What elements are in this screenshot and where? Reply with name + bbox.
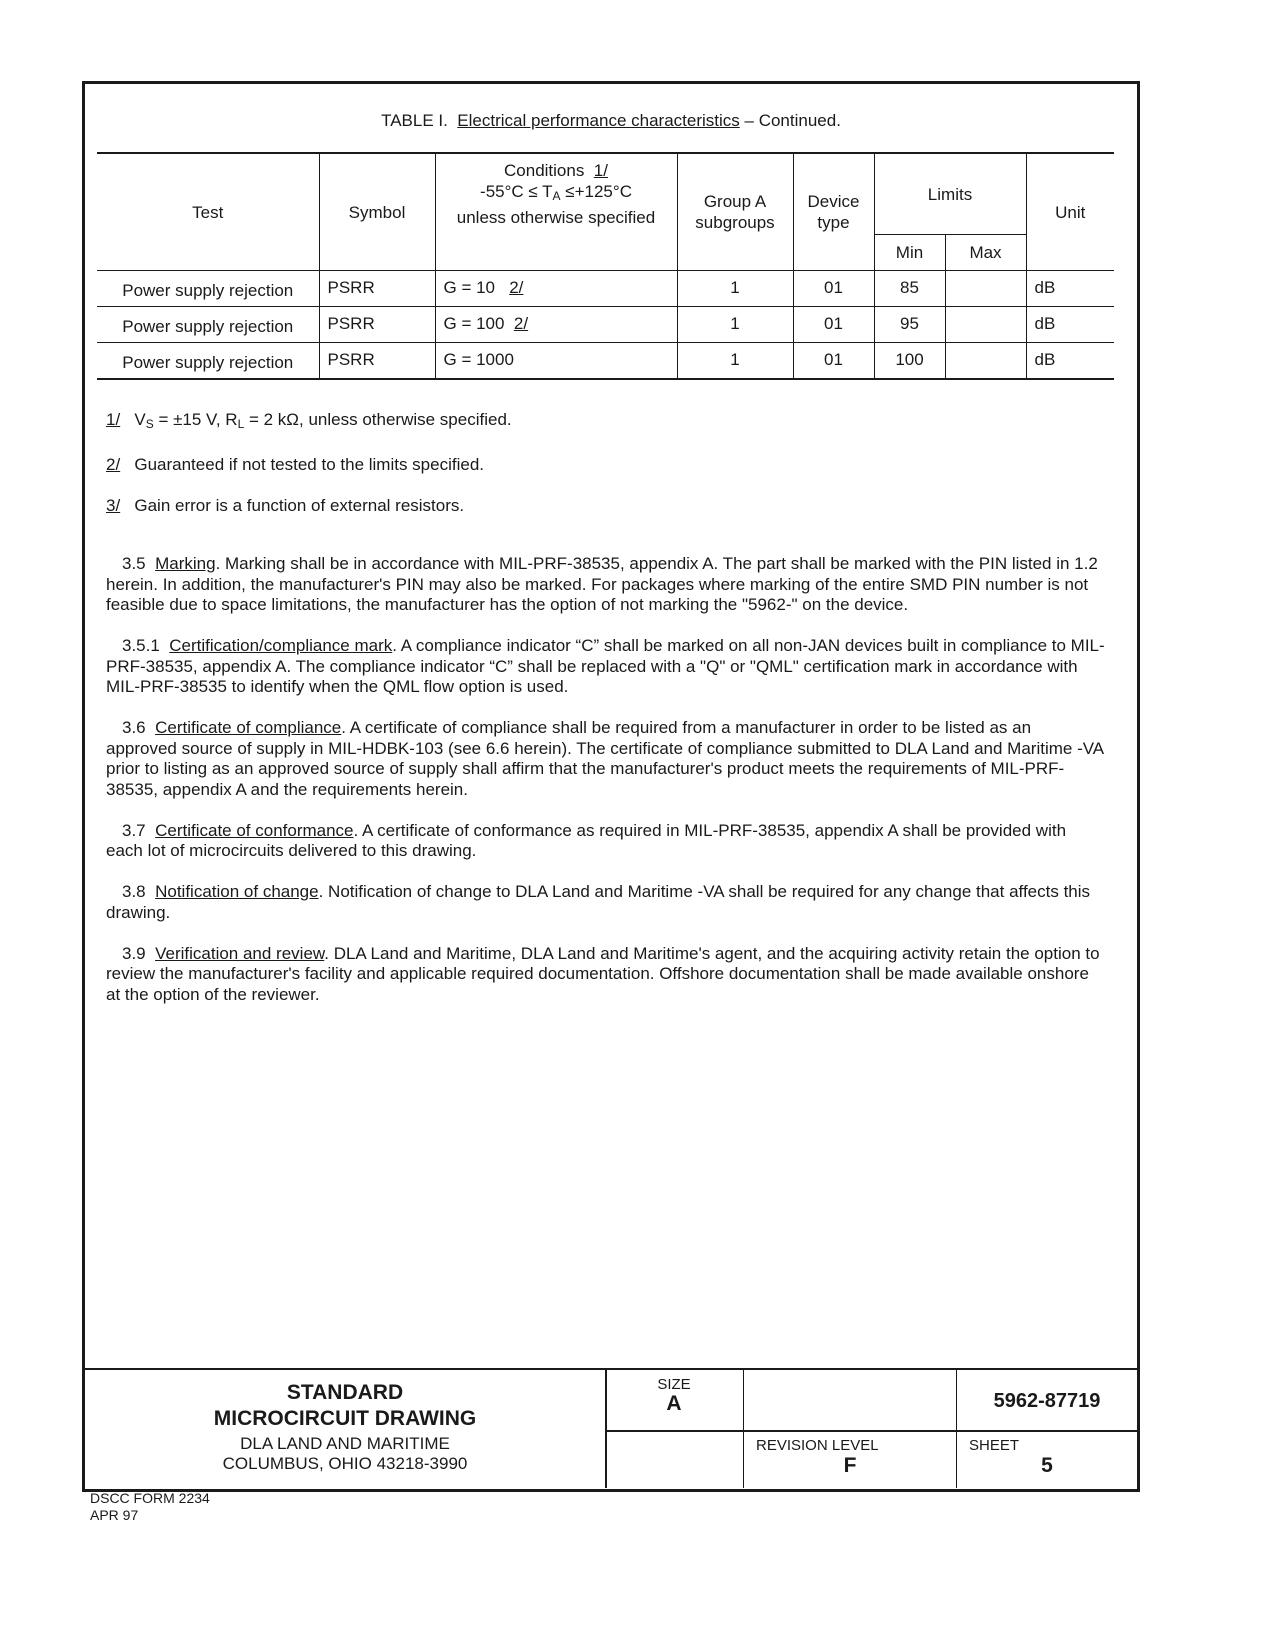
section-title: Notification of change xyxy=(155,882,319,901)
conditions-text: G = 1000 xyxy=(444,350,514,369)
title-block-agency: STANDARD MICROCIRCUIT DRAWING DLA LAND A… xyxy=(85,1370,607,1488)
blank-cell-lower xyxy=(605,1432,744,1488)
section-number: 3.6 xyxy=(122,718,146,737)
sheet-label: SHEET xyxy=(969,1437,1137,1454)
section-text: . Marking shall be in accordance with MI… xyxy=(106,554,1098,614)
section-3-6: 3.6 Certificate of compliance. A certifi… xyxy=(106,718,1106,800)
cell-test: Power supply rejection xyxy=(97,343,319,379)
cell-min: 100 xyxy=(874,343,945,379)
cell-unit: dB xyxy=(1026,343,1114,379)
note-mark: 1/ xyxy=(106,410,120,429)
conditions-temp-b: ≤+125°C xyxy=(561,182,632,201)
section-title: Marking xyxy=(155,554,215,573)
microcircuit-drawing-label: MICROCIRCUIT DRAWING xyxy=(214,1407,476,1430)
revision-label: REVISION LEVEL xyxy=(756,1437,956,1454)
cell-symbol: PSRR xyxy=(319,271,435,307)
group-a-line2: subgroups xyxy=(695,213,774,232)
drawing-type: STANDARD MICROCIRCUIT DRAWING xyxy=(85,1380,605,1432)
section-title: Verification and review xyxy=(155,944,324,963)
note-mark: 3/ xyxy=(106,496,120,515)
cell-unit: dB xyxy=(1026,271,1114,307)
note-2: 2/ Guaranteed if not tested to the limit… xyxy=(106,455,512,475)
header-conditions: Conditions 1/ -55°C ≤ TA ≤+125°C unless … xyxy=(435,153,677,271)
cell-max xyxy=(945,307,1026,343)
note-text: V xyxy=(134,410,145,429)
header-max: Max xyxy=(945,235,1026,271)
form-date: APR 97 xyxy=(90,1507,210,1524)
header-min: Min xyxy=(874,235,945,271)
header-unit: Unit xyxy=(1026,153,1114,271)
device-line2: type xyxy=(817,213,849,232)
cell-subgroups: 1 xyxy=(677,307,793,343)
drawing-number: 5962-87719 xyxy=(957,1370,1137,1432)
drawing-frame: TABLE I. Electrical performance characte… xyxy=(82,81,1140,1492)
cell-conditions: G = 100 2/ xyxy=(435,307,677,343)
note-text: Gain error is a function of external res… xyxy=(134,496,464,515)
note-ref: 2/ xyxy=(514,314,528,333)
form-number: DSCC FORM 2234 xyxy=(90,1490,210,1507)
section-3-9: 3.9 Verification and review. DLA Land an… xyxy=(106,944,1106,1006)
note-text: = ±15 V, R xyxy=(154,410,238,429)
cell-min: 95 xyxy=(874,307,945,343)
size-label: SIZE xyxy=(605,1376,743,1393)
cell-max xyxy=(945,343,1026,379)
table-row: Power supply rejection PSRR G = 100 2/ 1… xyxy=(97,307,1114,343)
header-group-a: Group A subgroups xyxy=(677,153,793,271)
header-device-type: Device type xyxy=(793,153,874,271)
table-title: TABLE I. Electrical performance characte… xyxy=(85,111,1137,131)
section-number: 3.5.1 xyxy=(122,636,160,655)
conditions-label: Conditions xyxy=(504,161,584,180)
section-3-8: 3.8 Notification of change. Notification… xyxy=(106,882,1106,923)
cell-device-type: 01 xyxy=(793,343,874,379)
section-number: 3.9 xyxy=(122,944,146,963)
cell-symbol: PSRR xyxy=(319,343,435,379)
table-title-prefix: TABLE I. xyxy=(381,111,448,130)
group-a-line1: Group A xyxy=(704,192,766,211)
cell-max xyxy=(945,271,1026,307)
note-ref: 2/ xyxy=(509,278,523,297)
header-limits: Limits xyxy=(874,153,1026,235)
sheet-value: 5 xyxy=(957,1454,1137,1478)
revision-value: F xyxy=(744,1454,956,1478)
agency-address: DLA LAND AND MARITIME COLUMBUS, OHIO 432… xyxy=(85,1434,605,1474)
section-3-7: 3.7 Certificate of conformance. A certif… xyxy=(106,821,1106,862)
section-title: Certification/compliance mark xyxy=(169,636,392,655)
conditions-unless: unless otherwise specified xyxy=(457,208,655,227)
title-block: STANDARD MICROCIRCUIT DRAWING DLA LAND A… xyxy=(85,1368,1137,1488)
standard-label: STANDARD xyxy=(287,1381,403,1404)
note-text: = 2 kΩ, unless otherwise specified. xyxy=(244,410,511,429)
cell-device-type: 01 xyxy=(793,271,874,307)
cell-subgroups: 1 xyxy=(677,271,793,307)
cell-test: Power supply rejection xyxy=(97,271,319,307)
cell-test: Power supply rejection xyxy=(97,307,319,343)
cell-symbol: PSRR xyxy=(319,307,435,343)
table-row: Power supply rejection PSRR G = 10 2/ 1 … xyxy=(97,271,1114,307)
agency-city: COLUMBUS, OHIO 43218-3990 xyxy=(223,1454,468,1473)
note-mark: 2/ xyxy=(106,455,120,474)
note-sub: S xyxy=(146,417,154,431)
section-title: Certificate of compliance xyxy=(155,718,341,737)
header-symbol: Symbol xyxy=(319,153,435,271)
cell-min: 85 xyxy=(874,271,945,307)
size-value: A xyxy=(605,1393,743,1415)
conditions-note-ref: 1/ xyxy=(594,161,608,180)
conditions-text: G = 100 xyxy=(444,314,505,333)
note-1: 1/ VS = ±15 V, RL = 2 kΩ, unless otherwi… xyxy=(106,410,512,434)
note-text: Guaranteed if not tested to the limits s… xyxy=(134,455,484,474)
note-3: 3/ Gain error is a function of external … xyxy=(106,496,512,516)
section-number: 3.5 xyxy=(122,554,146,573)
cell-conditions: G = 10 2/ xyxy=(435,271,677,307)
cell-device-type: 01 xyxy=(793,307,874,343)
table-row: Power supply rejection PSRR G = 1000 1 0… xyxy=(97,343,1114,379)
conditions-temp-a: -55°C ≤ T xyxy=(480,182,553,201)
form-id: DSCC FORM 2234 APR 97 xyxy=(90,1490,210,1524)
electrical-characteristics-table: Test Symbol Conditions 1/ -55°C ≤ TA ≤+1… xyxy=(97,152,1114,380)
agency-name: DLA LAND AND MARITIME xyxy=(240,1434,450,1453)
cell-subgroups: 1 xyxy=(677,343,793,379)
size-cell: SIZE A xyxy=(605,1370,744,1432)
body-text: 3.5 Marking. Marking shall be in accorda… xyxy=(106,554,1106,1026)
conditions-temp-sub: A xyxy=(553,189,561,203)
section-3-5: 3.5 Marking. Marking shall be in accorda… xyxy=(106,554,1106,616)
device-line1: Device xyxy=(808,192,860,211)
section-number: 3.7 xyxy=(122,821,146,840)
table-title-main: Electrical performance characteristics xyxy=(457,111,739,130)
section-number: 3.8 xyxy=(122,882,146,901)
cell-conditions: G = 1000 xyxy=(435,343,677,379)
sheet-cell: SHEET 5 xyxy=(957,1432,1137,1488)
header-test: Test xyxy=(97,153,319,271)
section-title: Certificate of conformance xyxy=(155,821,353,840)
blank-cell xyxy=(744,1370,957,1432)
table-title-suffix: – Continued. xyxy=(745,111,841,130)
conditions-text: G = 10 xyxy=(444,278,496,297)
revision-cell: REVISION LEVEL F xyxy=(744,1432,957,1488)
section-3-5-1: 3.5.1 Certification/compliance mark. A c… xyxy=(106,636,1106,698)
cell-unit: dB xyxy=(1026,307,1114,343)
table-notes: 1/ VS = ±15 V, RL = 2 kΩ, unless otherwi… xyxy=(106,410,512,537)
